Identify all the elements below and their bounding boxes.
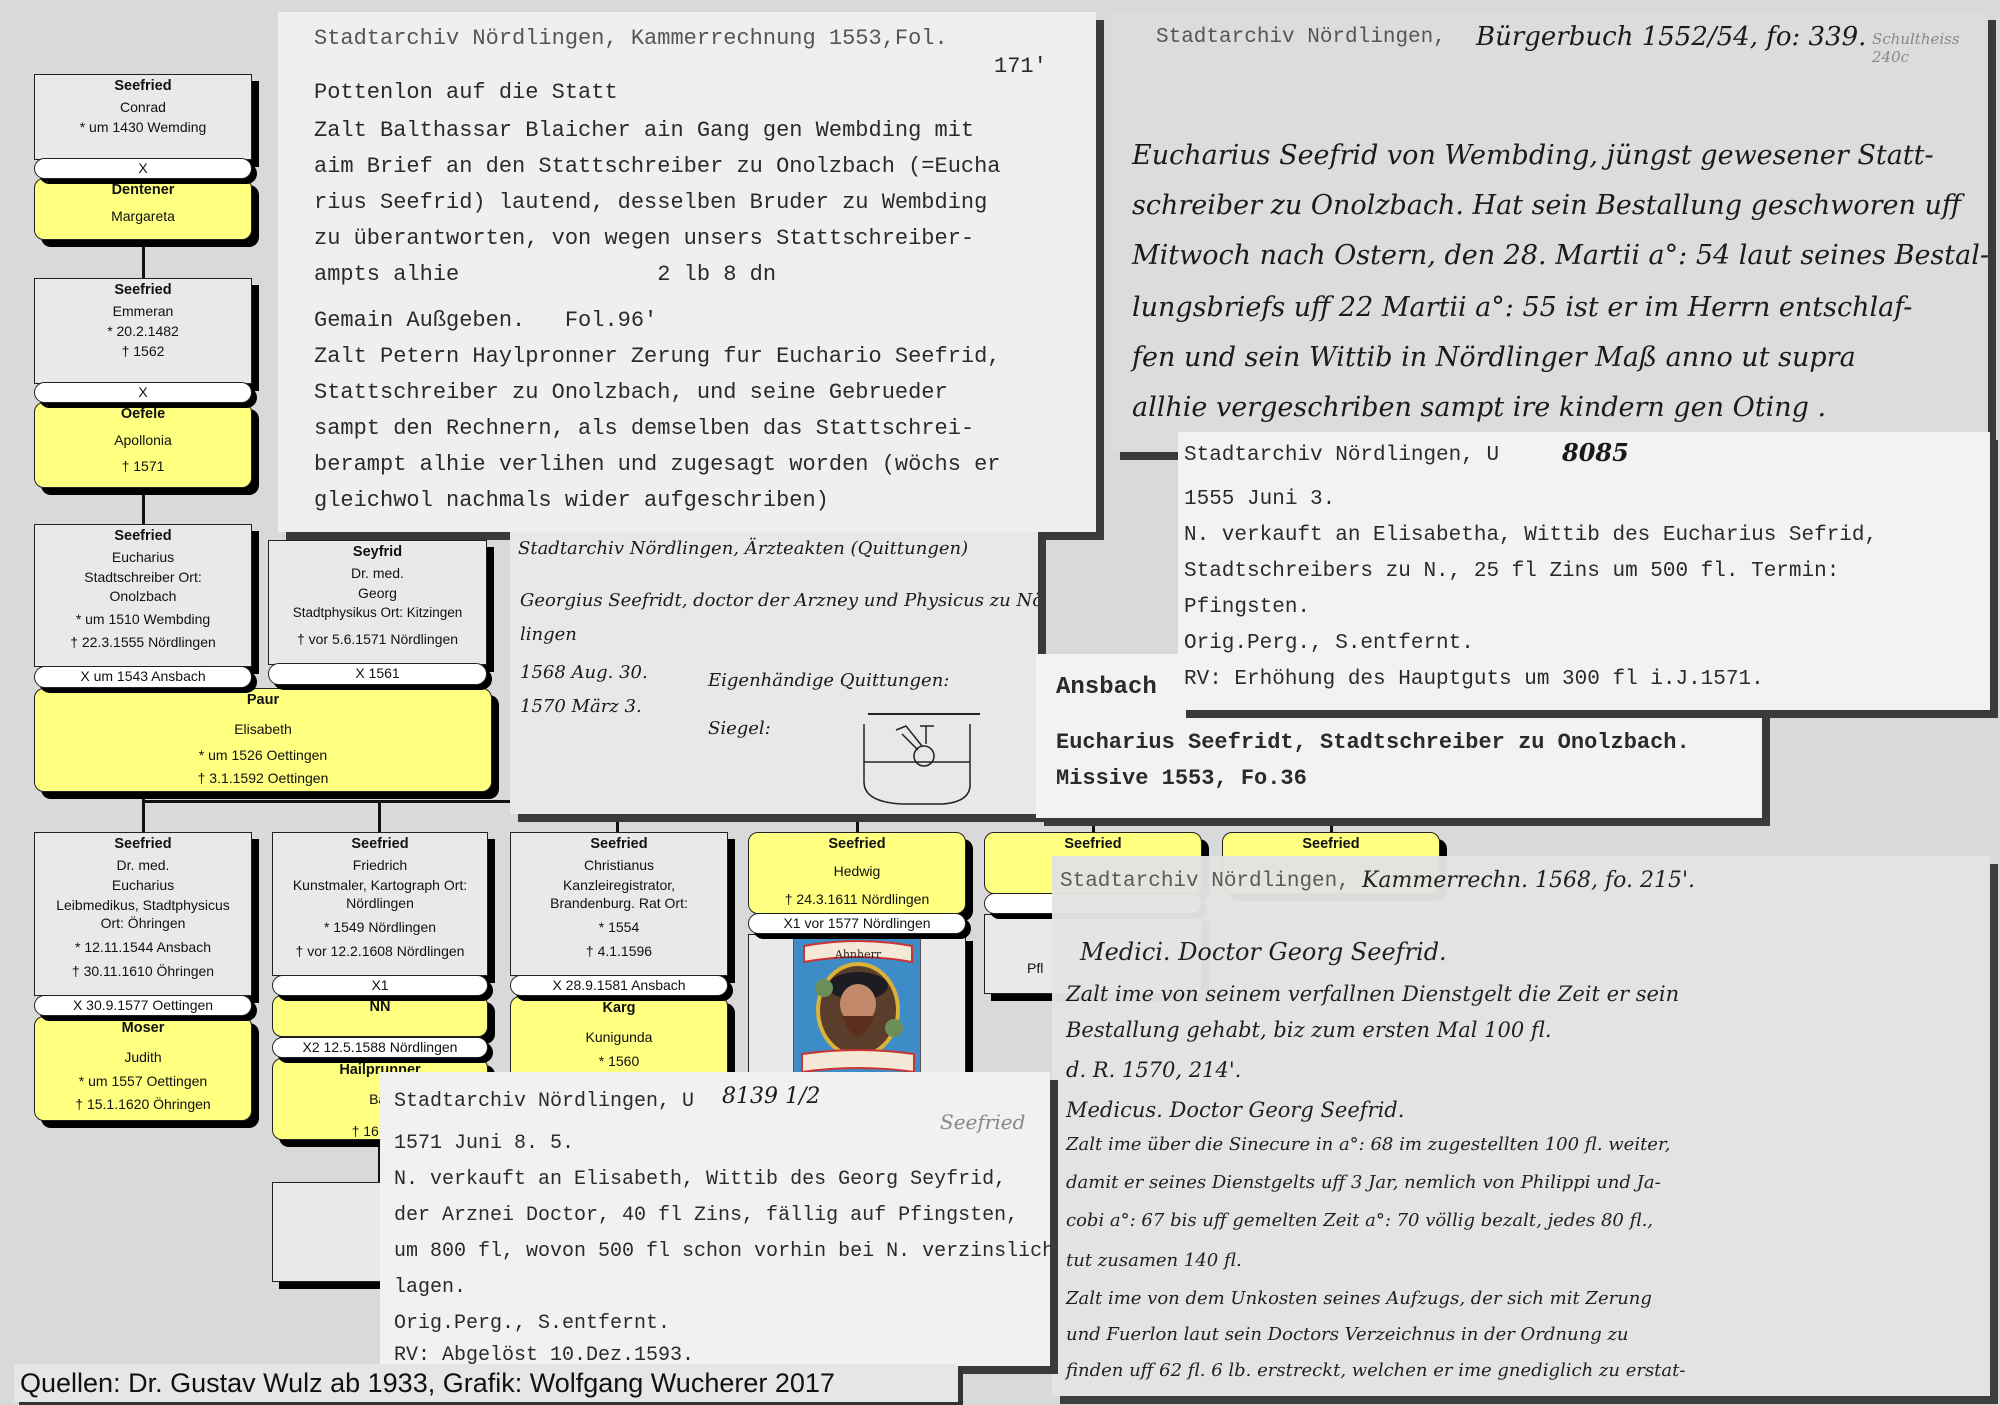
doc-line: Stattschreiber zu Onolzbach, und seine G… bbox=[314, 380, 948, 405]
document-number: 8085 bbox=[1562, 438, 1629, 467]
surname: Seefried bbox=[1223, 837, 1439, 852]
document-u-8139[interactable]: Stadtarchiv Nördlingen, U 8139 1/2 Seefr… bbox=[380, 1072, 1050, 1366]
marriage-label: X um 1543 Ansbach bbox=[34, 666, 252, 688]
person-judith-moser[interactable]: Moser Judith * um 1557 Oettingen † 15.1.… bbox=[34, 1016, 252, 1121]
place: Onolzbach bbox=[35, 589, 251, 603]
birth: * um 1526 Oettingen bbox=[35, 748, 491, 762]
death: † 30.11.1610 Öhringen bbox=[35, 964, 251, 978]
place: Ort: Öhringen bbox=[35, 916, 251, 930]
surname: Seefried bbox=[35, 79, 251, 94]
death: † 1562 bbox=[35, 344, 251, 358]
doc-line: damit er seines Dienstgelts uff 3 Jar, n… bbox=[1066, 1172, 1661, 1193]
surname: Seyfrid bbox=[269, 545, 486, 560]
surname: Karg bbox=[511, 1001, 727, 1016]
given-name: Hedwig bbox=[749, 864, 965, 878]
person-eucharius-seefried[interactable]: Seefried Eucharius Stadtschreiber Ort: O… bbox=[34, 524, 252, 667]
death: † 4.1.1596 bbox=[511, 944, 727, 958]
occupation: Kanzleiregistrator, bbox=[511, 878, 727, 892]
person-emmeran-seefried[interactable]: Seefried Emmeran * 20.2.1482 † 1562 bbox=[34, 278, 252, 384]
marriage-label: X1 vor 1577 Nördlingen bbox=[748, 913, 966, 934]
marriage-label: X1 bbox=[272, 975, 488, 996]
doc-line: Pfingsten. bbox=[1184, 596, 1310, 619]
surname: Moser bbox=[35, 1021, 251, 1036]
doc-line: Zalt ime von seinem verfallnen Dienstgel… bbox=[1066, 982, 1679, 1006]
surname: Seefried bbox=[511, 837, 727, 852]
surname: Seefried bbox=[273, 837, 487, 852]
person-hedwig-seefried[interactable]: Seefried Hedwig † 24.3.1611 Nördlingen bbox=[748, 832, 966, 914]
doc-line: Eucharius Seefrid von Wembding, jüngst g… bbox=[1132, 140, 1934, 171]
person-margareta-dentener[interactable]: Dentener Margareta bbox=[34, 178, 252, 240]
birth: * um 1510 Wembding bbox=[35, 612, 251, 626]
death: † 3.1.1592 Oettingen bbox=[35, 771, 491, 785]
doc-line: RV: Erhöhung des Hauptguts um 300 fl i.J… bbox=[1184, 668, 1764, 691]
document-header: Stadtarchiv Nördlingen, bbox=[1060, 870, 1350, 893]
doc-line: Zalt ime von dem Unkosten seines Aufzugs… bbox=[1066, 1288, 1652, 1309]
person-nn[interactable]: NN bbox=[272, 995, 488, 1037]
doc-line: Mitwoch nach Ostern, den 28. Martii a°: … bbox=[1132, 240, 1988, 271]
folio: 171' bbox=[994, 54, 1047, 79]
document-header-hand: Kammerrechn. 1568, fo. 215'. bbox=[1362, 868, 1695, 893]
date-line: 1570 März 3. bbox=[520, 696, 642, 717]
doc-line: N. verkauft an Elisabeth, Wittib des Geo… bbox=[394, 1168, 1006, 1191]
death: † 24.3.1611 Nördlingen bbox=[749, 892, 965, 906]
doc-line: um 800 fl, wovon 500 fl schon vorhin bei… bbox=[394, 1240, 1050, 1263]
doc-line: Eigenhändige Quittungen: bbox=[708, 670, 949, 691]
marriage-label: X 28.9.1581 Ansbach bbox=[510, 975, 728, 996]
person-georg-seyfrid[interactable]: Seyfrid Dr. med. Georg Stadtphysikus Ort… bbox=[268, 540, 487, 665]
doc-line: allhie vergeschriben sampt ire kindern g… bbox=[1132, 392, 1826, 423]
connector bbox=[378, 800, 381, 832]
doc-line: RV: Abgelöst 10.Dez.1593. bbox=[394, 1344, 694, 1366]
doc-line: Pottenlon auf die Statt bbox=[314, 80, 618, 105]
marriage-label: X 30.9.1577 Oettingen bbox=[34, 995, 252, 1016]
title: Dr. med. bbox=[35, 858, 251, 872]
surname: Oefele bbox=[35, 407, 251, 422]
death: † 15.1.1620 Öhringen bbox=[35, 1097, 251, 1111]
doc-line: tut zusamen 140 fl. bbox=[1066, 1250, 1242, 1271]
doc-line: zu überantworten, von wegen unsers Statt… bbox=[314, 226, 974, 251]
document-header: Stadtarchiv Nördlingen, bbox=[1156, 26, 1446, 49]
death: † vor 5.6.1571 Nördlingen bbox=[269, 632, 486, 646]
place: Nördlingen bbox=[273, 896, 487, 910]
doc-line: fen und sein Wittib in Nördlinger Maß an… bbox=[1132, 342, 1856, 373]
given-name: Kunigunda bbox=[511, 1030, 727, 1044]
doc-line: Orig.Perg., S.entfernt. bbox=[394, 1312, 670, 1335]
death: † 1571 bbox=[35, 459, 251, 473]
doc-line: Eucharius Seefridt, Stadtschreiber zu On… bbox=[1056, 730, 1690, 755]
given-name: Judith bbox=[35, 1050, 251, 1064]
portrait-icon: Ahnherr bbox=[794, 938, 921, 1073]
doc-line: Zalt Petern Haylpronner Zerung fur Eucha… bbox=[314, 344, 1001, 369]
date-line: 1568 Aug. 30. bbox=[520, 662, 648, 683]
occupation: Kunstmaler, Kartograph Ort: bbox=[273, 878, 487, 892]
death: † vor 12.2.1608 Nördlingen bbox=[273, 944, 487, 958]
document-number: 8139 1/2 bbox=[722, 1084, 820, 1109]
doc-line: 1571 Juni 8. 5. bbox=[394, 1132, 574, 1155]
document-kammerrechnung-1553[interactable]: Stadtarchiv Nördlingen, Kammerrechnung 1… bbox=[278, 12, 1096, 532]
given-name: Elisabeth bbox=[35, 722, 491, 736]
occupation: Leibmedikus, Stadtphysicus bbox=[35, 898, 251, 912]
birth: * um 1430 Wemding bbox=[35, 120, 251, 134]
document-u-8085[interactable]: Stadtarchiv Nördlingen, U 8085 1555 Juni… bbox=[1178, 432, 1990, 710]
document-header-hand: Bürgerbuch 1552/54, fo: 339. bbox=[1476, 22, 1866, 52]
doc-line: aim Brief an den Stattschreiber zu Onolz… bbox=[314, 154, 1001, 179]
given-name: Christianus bbox=[511, 858, 727, 872]
person-elisabeth-paur[interactable]: Paur Elisabeth * um 1526 Oettingen † 3.1… bbox=[34, 688, 492, 792]
doc-line: cobi a°: 67 bis uff gemelten Zeit a°: 70… bbox=[1066, 1210, 1653, 1231]
credits-footer: Quellen: Dr. Gustav Wulz ab 1933, Grafik… bbox=[14, 1364, 958, 1402]
doc-line: Medici. Doctor Georg Seefrid. bbox=[1080, 938, 1447, 966]
given-name: Friedrich bbox=[273, 858, 487, 872]
surname: Paur bbox=[35, 693, 491, 708]
occupation: Stadtphysikus Ort: Kitzingen bbox=[269, 606, 486, 620]
svg-text:Ahnherr: Ahnherr bbox=[834, 948, 882, 961]
surname: Dentener bbox=[35, 183, 251, 198]
given-name: Margareta bbox=[35, 209, 251, 223]
doc-line: lungsbriefs uff 22 Martii a°: 55 ist er … bbox=[1132, 292, 1912, 323]
surname: Seefried bbox=[985, 837, 1201, 852]
marriage-label: X2 12.5.1588 Nördlingen bbox=[272, 1037, 488, 1058]
title: Dr. med. bbox=[269, 566, 486, 580]
margin-note: Seefried bbox=[940, 1110, 1025, 1134]
doc-line: der Arznei Doctor, 40 fl Zins, fällig au… bbox=[394, 1204, 1018, 1227]
person-eucharius-seefried-jr[interactable]: Seefried Dr. med. Eucharius Leibmedikus,… bbox=[34, 832, 252, 996]
given-name: Eucharius bbox=[35, 550, 251, 564]
connector bbox=[142, 792, 145, 832]
doc-line: und Fuerlon laut sein Doctors Verzeichnu… bbox=[1066, 1324, 1629, 1345]
doc-line: sampt den Rechnern, als demselben das St… bbox=[314, 416, 974, 441]
doc-line: berampt alhie verlihen und zugesagt word… bbox=[314, 452, 1001, 477]
doc-line: ampts alhie 2 lb 8 dn bbox=[314, 262, 776, 287]
person-friedrich-seefried[interactable]: Seefried Friedrich Kunstmaler, Kartograp… bbox=[272, 832, 488, 976]
surname: Seefried bbox=[35, 837, 251, 852]
given-name: Eucharius bbox=[35, 878, 251, 892]
place-label: Ansbach bbox=[1056, 674, 1157, 701]
doc-line: finden uff 62 fl. 6 lb. erstreckt, welch… bbox=[1066, 1360, 1685, 1381]
document-kammerrechnung-1568[interactable]: Stadtarchiv Nördlingen, Kammerrechn. 156… bbox=[1052, 856, 1990, 1396]
document-buergerbuch-1552[interactable]: Stadtarchiv Nördlingen, Bürgerbuch 1552/… bbox=[1112, 12, 1988, 452]
doc-line: Zalt ime über die Sinecure in a°: 68 im … bbox=[1066, 1134, 1670, 1155]
doc-line: gleichwol nachmals wider aufgeschriben) bbox=[314, 488, 829, 513]
birth: * um 1557 Oettingen bbox=[35, 1074, 251, 1088]
doc-line: 1555 Juni 3. bbox=[1184, 488, 1335, 511]
doc-line: rius Seefrid) lautend, desselben Bruder … bbox=[314, 190, 987, 215]
connector bbox=[142, 488, 145, 526]
document-header: Stadtarchiv Nördlingen, U bbox=[1184, 444, 1499, 467]
doc-line: Medicus. Doctor Georg Seefrid. bbox=[1066, 1098, 1404, 1122]
surname: Seefried bbox=[35, 283, 251, 298]
document-header: Stadtarchiv Nördlingen, U bbox=[394, 1090, 694, 1113]
surname: NN bbox=[273, 1000, 487, 1015]
document-quittungen[interactable]: Stadtarchiv Nördlingen, Ärzteakten (Quit… bbox=[510, 532, 1038, 814]
occupation: Stadtschreiber Ort: bbox=[35, 570, 251, 584]
doc-line: Zalt Balthassar Blaicher ain Gang gen We… bbox=[314, 118, 974, 143]
given-name: Conrad bbox=[35, 100, 251, 114]
birth: * 1549 Nördlingen bbox=[273, 920, 487, 934]
birth: * 1560 bbox=[511, 1054, 727, 1068]
spouse-portrait-box[interactable]: Ahnherr bbox=[748, 934, 966, 1094]
marriage-label: X bbox=[34, 158, 252, 179]
person-apollonia-oefele[interactable]: Oefele Apollonia † 1571 bbox=[34, 402, 252, 488]
given-name: Georg bbox=[269, 586, 486, 600]
doc-line: lingen bbox=[520, 624, 577, 645]
birth: * 20.2.1482 bbox=[35, 324, 251, 338]
doc-line: Stadtschreibers zu N., 25 fl Zins um 500… bbox=[1184, 560, 1839, 583]
doc-line: Missive 1553, Fo.36 bbox=[1056, 766, 1307, 791]
doc-line: Gemain Außgeben. Fol.96' bbox=[314, 308, 657, 333]
marriage-label: X bbox=[34, 382, 252, 403]
birth: * 12.11.1544 Ansbach bbox=[35, 940, 251, 954]
doc-line: lagen. bbox=[394, 1276, 466, 1299]
margin-note: Schultheiss 240c bbox=[1872, 30, 1972, 66]
given-name: Emmeran bbox=[35, 304, 251, 318]
doc-line: d. R. 1570, 214'. bbox=[1066, 1058, 1241, 1082]
portrait-image[interactable]: Ahnherr bbox=[793, 937, 921, 1073]
doc-line: Georgius Seefridt, doctor der Arzney und… bbox=[520, 590, 1038, 611]
birth: * 1554 bbox=[511, 920, 727, 934]
doc-line: Bestallung gehabt, biz zum ersten Mal 10… bbox=[1066, 1018, 1552, 1042]
surname: Seefried bbox=[749, 837, 965, 852]
person-christianus-seefried[interactable]: Seefried Christianus Kanzleiregistrator,… bbox=[510, 832, 728, 976]
doc-line: schreiber zu Onolzbach. Hat sein Bestall… bbox=[1132, 190, 1961, 221]
seal-label: Siegel: bbox=[708, 718, 771, 739]
person-conrad-seefried[interactable]: Seefried Conrad * um 1430 Wemding bbox=[34, 74, 252, 160]
death: † 22.3.1555 Nördlingen bbox=[35, 635, 251, 649]
given-name: Apollonia bbox=[35, 433, 251, 447]
seal-drawing-icon bbox=[862, 712, 982, 807]
occupation-2: Brandenburg. Rat Ort: bbox=[511, 896, 727, 910]
doc-line: Orig.Perg., S.entfernt. bbox=[1184, 632, 1474, 655]
document-header-hand: Stadtarchiv Nördlingen, Ärzteakten (Quit… bbox=[518, 538, 968, 559]
surname: Seefried bbox=[35, 529, 251, 544]
doc-line: N. verkauft an Elisabetha, Wittib des Eu… bbox=[1184, 524, 1877, 547]
document-header: Stadtarchiv Nördlingen, Kammerrechnung 1… bbox=[314, 26, 948, 51]
connector bbox=[142, 240, 145, 280]
marriage-label: X 1561 bbox=[268, 663, 487, 685]
